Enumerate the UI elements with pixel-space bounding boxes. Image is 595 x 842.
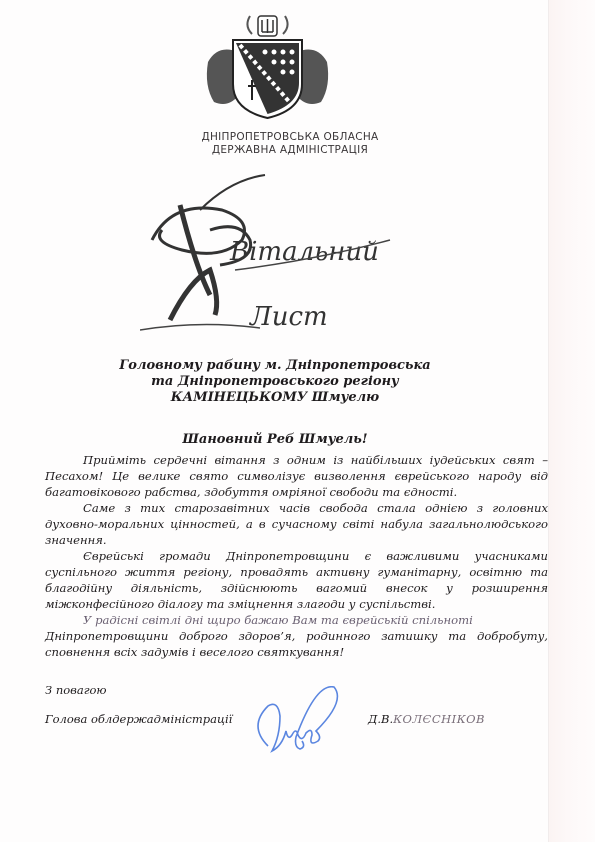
body-paragraph: Єврейські громади Дніпропетровщини є важ… bbox=[45, 548, 548, 612]
letter-page: ДНІПРОПЕТРОВСЬКА ОБЛАСНА ДЕРЖАВНА АДМІНІ… bbox=[0, 0, 595, 842]
salutation: Шановний Реб Шмуель! bbox=[100, 432, 450, 447]
body-paragraph: Прийміть сердечні вітання з одним із най… bbox=[45, 452, 548, 500]
svg-text:Лист: Лист bbox=[248, 302, 328, 332]
letter-body: Прийміть сердечні вітання з одним із най… bbox=[45, 452, 548, 660]
org-name-line-2: ДЕРЖАВНА АДМІНІСТРАЦІЯ bbox=[150, 144, 430, 157]
calligraphic-title: Вітальний Лист bbox=[140, 170, 405, 340]
addressee-line-3: КАМІНЕЦЬКОМУ Шмуелю bbox=[100, 390, 450, 406]
body-paragraph-faded: У радісні світлі дні щиро бажаю Вам та є… bbox=[45, 612, 548, 628]
addressee-line-2: та Дніпропетровського регіону bbox=[100, 374, 450, 390]
closing-phrase: З повагою bbox=[45, 683, 107, 697]
handwritten-signature-icon bbox=[248, 686, 348, 754]
signer-initials: Д.В. bbox=[368, 712, 393, 726]
signer-name: Д.В.КОЛЄСНІКОВ bbox=[368, 712, 485, 726]
body-paragraph: Саме з тих старозавітних часів свобода с… bbox=[45, 500, 548, 548]
scan-edge-strip bbox=[548, 0, 595, 842]
body-paragraph-continuation: Дніпропетровщини доброго здоров’я, родин… bbox=[45, 628, 548, 660]
signer-position: Голова облдержадміністрації bbox=[45, 712, 232, 726]
org-name-line-1: ДНІПРОПЕТРОВСЬКА ОБЛАСНА bbox=[150, 131, 430, 144]
organization-name: ДНІПРОПЕТРОВСЬКА ОБЛАСНА ДЕРЖАВНА АДМІНІ… bbox=[150, 131, 430, 157]
addressee-line-1: Головному рабину м. Дніпропетровська bbox=[100, 358, 450, 374]
svg-text:Вітальний: Вітальний bbox=[229, 237, 379, 267]
addressee-block: Головному рабину м. Дніпропетровська та … bbox=[100, 358, 450, 406]
coat-of-arms-icon bbox=[200, 12, 335, 122]
signer-surname: КОЛЄСНІКОВ bbox=[393, 712, 485, 726]
